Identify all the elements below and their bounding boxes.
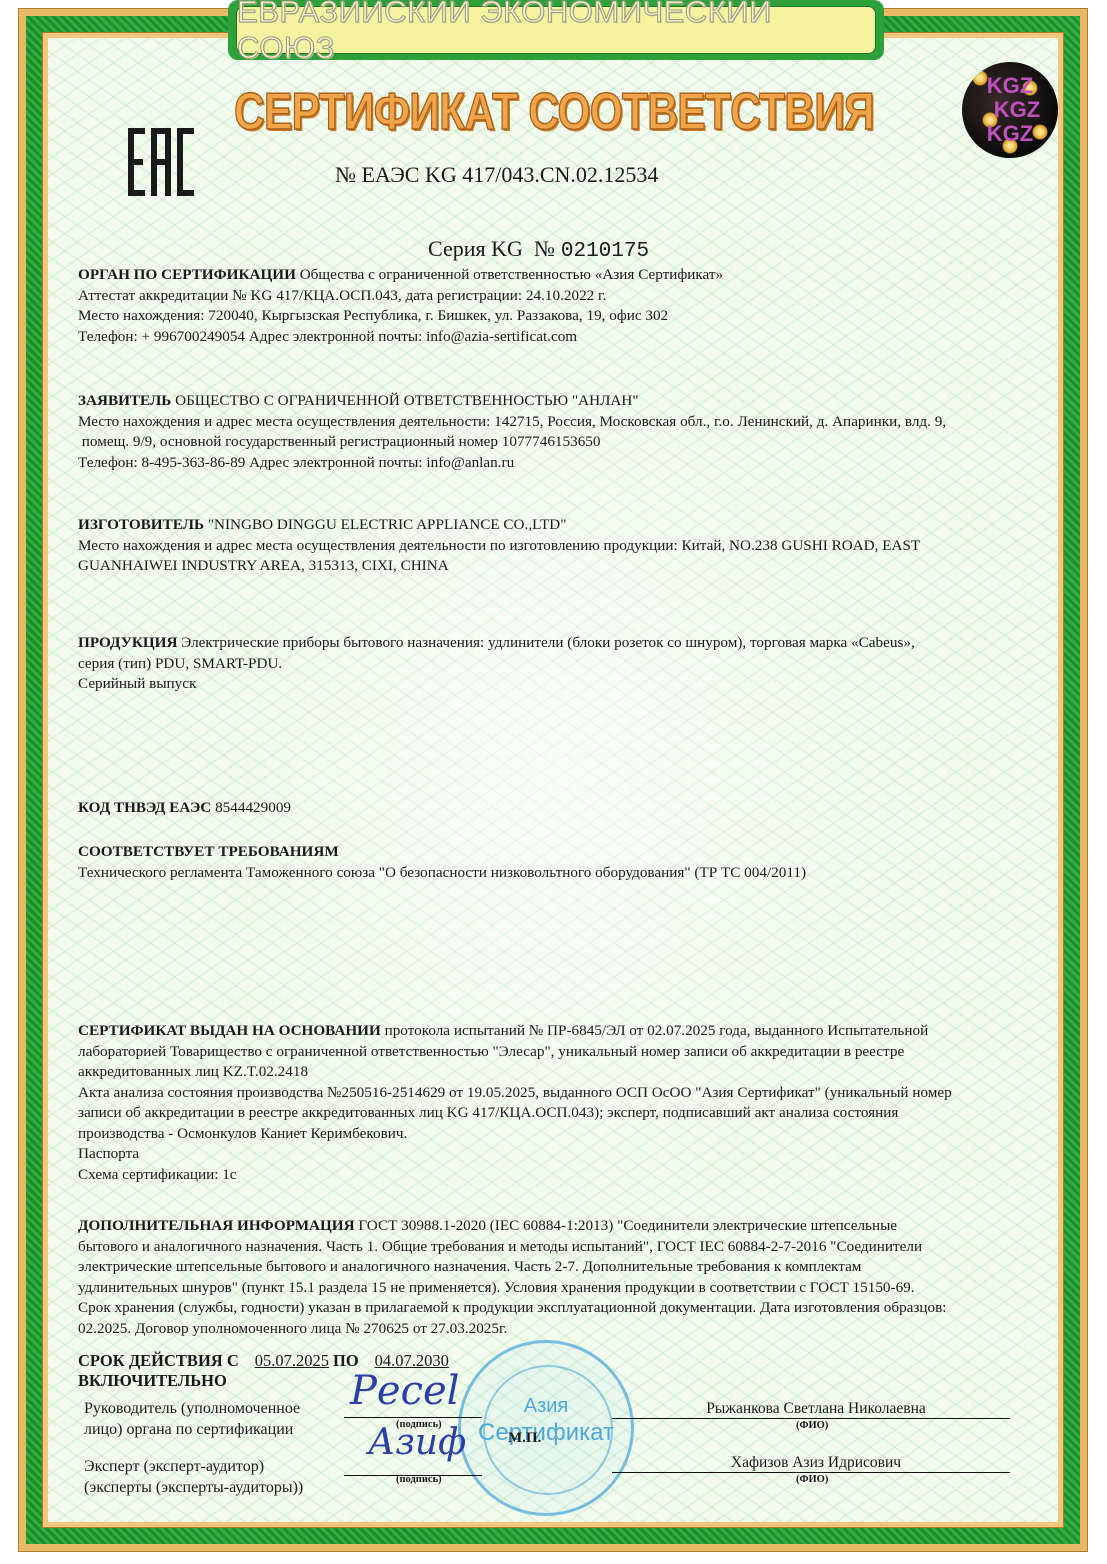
section-applicant: ЗАЯВИТЕЛЬ ОБЩЕСТВО С ОГРАНИЧЕННОЙ ОТВЕТС… [78,391,1048,473]
basis-line: Паспорта [78,1144,1048,1165]
basis-protocol: протокола испытаний № ПР-6845/ЭЛ от 02.0… [381,1022,928,1039]
additional-line: удлинительных шнуров" (пункт 15.1 раздел… [78,1278,1048,1299]
eac-mark-icon [128,128,194,196]
applicant-name: ОБЩЕСТВО С ОГРАНИЧЕННОЙ ОТВЕТСТВЕННОСТЬЮ… [171,392,638,409]
basis-line: Акта анализа состояния производства №250… [78,1083,1048,1104]
additional-text: ГОСТ 30988.1-2020 (IEC 60884-1:2013) "Со… [355,1217,897,1234]
basis-line: лабораторией Товарищество с ограниченной… [78,1042,1048,1063]
head-signatory-label: Руководитель (уполномоченное лицо) орган… [84,1398,300,1440]
additional-line: бытового и аналогичного назначения. Част… [78,1237,1048,1258]
organization-seal-icon: Азия Сертификат [458,1340,634,1516]
manufacturer-address-cont: GUANHAIWEI INDUSTRY AREA, 315313, CIXI, … [78,556,1048,577]
section-hs-code: КОД ТНВЭД ЕАЭС 8544429009 [78,798,1048,819]
additional-line: Срок хранения (службы, годности) указан … [78,1298,1048,1319]
additional-line: 02.2025. Договор уполномоченного лица № … [78,1319,1048,1340]
head-signature-caption: (подпись) [396,1419,442,1430]
union-name: ЕВРАЗИЙСКИЙ ЭКОНОМИЧЕСКИЙ СОЮЗ [237,0,875,66]
expert-name-line [612,1472,1010,1473]
expert-signatory-label: Эксперт (эксперт-аудитор) (эксперты (экс… [84,1456,303,1498]
expert-name-caption: (ФИО) [796,1474,828,1485]
eac-logo-icon [128,128,194,196]
validity-from-label: СРОК ДЕЙСТВИЯ С [78,1351,239,1370]
additional-label: ДОПОЛНИТЕЛЬНАЯ ИНФОРМАЦИЯ [78,1217,355,1234]
certificate-number: № ЕАЭС KG 417/043.CN.02.12534 [335,162,658,188]
section-conformity: СООТВЕТСТВУЕТ ТРЕБОВАНИЯМ Технического р… [78,842,1048,883]
series-value: 0210175 [561,240,649,263]
validity-date-from: 05.07.2025 [239,1351,333,1370]
product-release: Серийный выпуск [78,674,1048,695]
product-series: серия (тип) PDU, SMART-PDU. [78,654,1048,675]
head-name-line [612,1418,1010,1419]
manufacturer-address: Место нахождения и адрес места осуществл… [78,536,1048,557]
basis-line: Схема сертификации: 1с [78,1165,1048,1186]
product-label: ПРОДУКЦИЯ [78,634,177,651]
union-banner: ЕВРАЗИЙСКИЙ ЭКОНОМИЧЕСКИЙ СОЮЗ [236,6,876,54]
seal-text-line1: Азия [461,1395,631,1418]
product-description: Электрические приборы бытового назначени… [177,634,914,651]
hologram-text: KGZ [994,98,1040,122]
section-certification-body: ОРГАН ПО СЕРТИФИКАЦИИ Общества с огранич… [78,265,1048,347]
organ-contacts: Телефон: + 996700249054 Адрес электронно… [78,327,1048,348]
certificate-title: СЕРТИФИКАТ СООТВЕТСТВИЯ [100,82,1008,142]
section-issue-basis: СЕРТИФИКАТ ВЫДАН НА ОСНОВАНИИ протокола … [78,1021,1048,1185]
applicant-contacts: Телефон: 8-495-363-86-89 Адрес электронн… [78,453,1048,474]
organ-name: Общества с ограниченной ответственностью… [296,266,723,283]
series-label: Серия KG № [428,236,555,261]
conformity-label: СООТВЕТСТВУЕТ ТРЕБОВАНИЯМ [78,843,339,860]
hologram-text: KGZ [987,122,1033,146]
applicant-label: ЗАЯВИТЕЛЬ [78,392,171,409]
series-number: Серия KG №0210175 [428,236,649,263]
kgz-hologram-icon: KGZ KGZ KGZ [962,62,1058,158]
basis-line: аккредитованных лиц KZ.T.02.2418 [78,1062,1048,1083]
section-manufacturer: ИЗГОТОВИТЕЛЬ "NINGBO DINGGU ELECTRIC APP… [78,515,1048,577]
hologram-text: KGZ [987,74,1033,98]
section-product: ПРОДУКЦИЯ Электрические приборы бытового… [78,633,1048,695]
applicant-address: Место нахождения и адрес места осуществл… [78,412,1048,433]
seal-text-line2: Сертификат [461,1419,631,1447]
seal-place-mark: М.П. [508,1430,541,1447]
manufacturer-label: ИЗГОТОВИТЕЛЬ [78,516,204,533]
head-name-caption: (ФИО) [796,1420,828,1431]
organ-accreditation: Аттестат аккредитации № KG 417/КЦА.ОСП.0… [78,286,1048,307]
head-signature-line [344,1417,482,1418]
head-name: Рыжанкова Светлана Николаевна [616,1400,1016,1418]
expert-name: Хафизов Азиз Идрисович [616,1454,1016,1472]
basis-line: записи об аккредитации в реестре аккреди… [78,1103,1048,1124]
conformity-regulation: Технического регламента Таможенного союз… [78,863,1048,884]
applicant-registration: помещ. 9/9, основной государственный рег… [78,432,1048,453]
expert-signature-caption: (подпись) [396,1474,442,1485]
basis-line: производства - Осмонкулов Каниет Керимбе… [78,1124,1048,1145]
manufacturer-name: "NINGBO DINGGU ELECTRIC APPLIANCE CO.,LT… [204,516,566,533]
section-additional-info: ДОПОЛНИТЕЛЬНАЯ ИНФОРМАЦИЯ ГОСТ 30988.1-2… [78,1216,1048,1339]
organ-label: ОРГАН ПО СЕРТИФИКАЦИИ [78,266,296,283]
code-value: 8544429009 [211,799,291,816]
additional-line: электрические штепсельные бытового и ана… [78,1257,1048,1278]
code-label: КОД ТНВЭД ЕАЭС [78,799,211,816]
organ-address: Место нахождения: 720040, Кыргызская Рес… [78,306,1048,327]
head-signature: Ресеl [350,1368,459,1414]
basis-label: СЕРТИФИКАТ ВЫДАН НА ОСНОВАНИИ [78,1022,381,1039]
